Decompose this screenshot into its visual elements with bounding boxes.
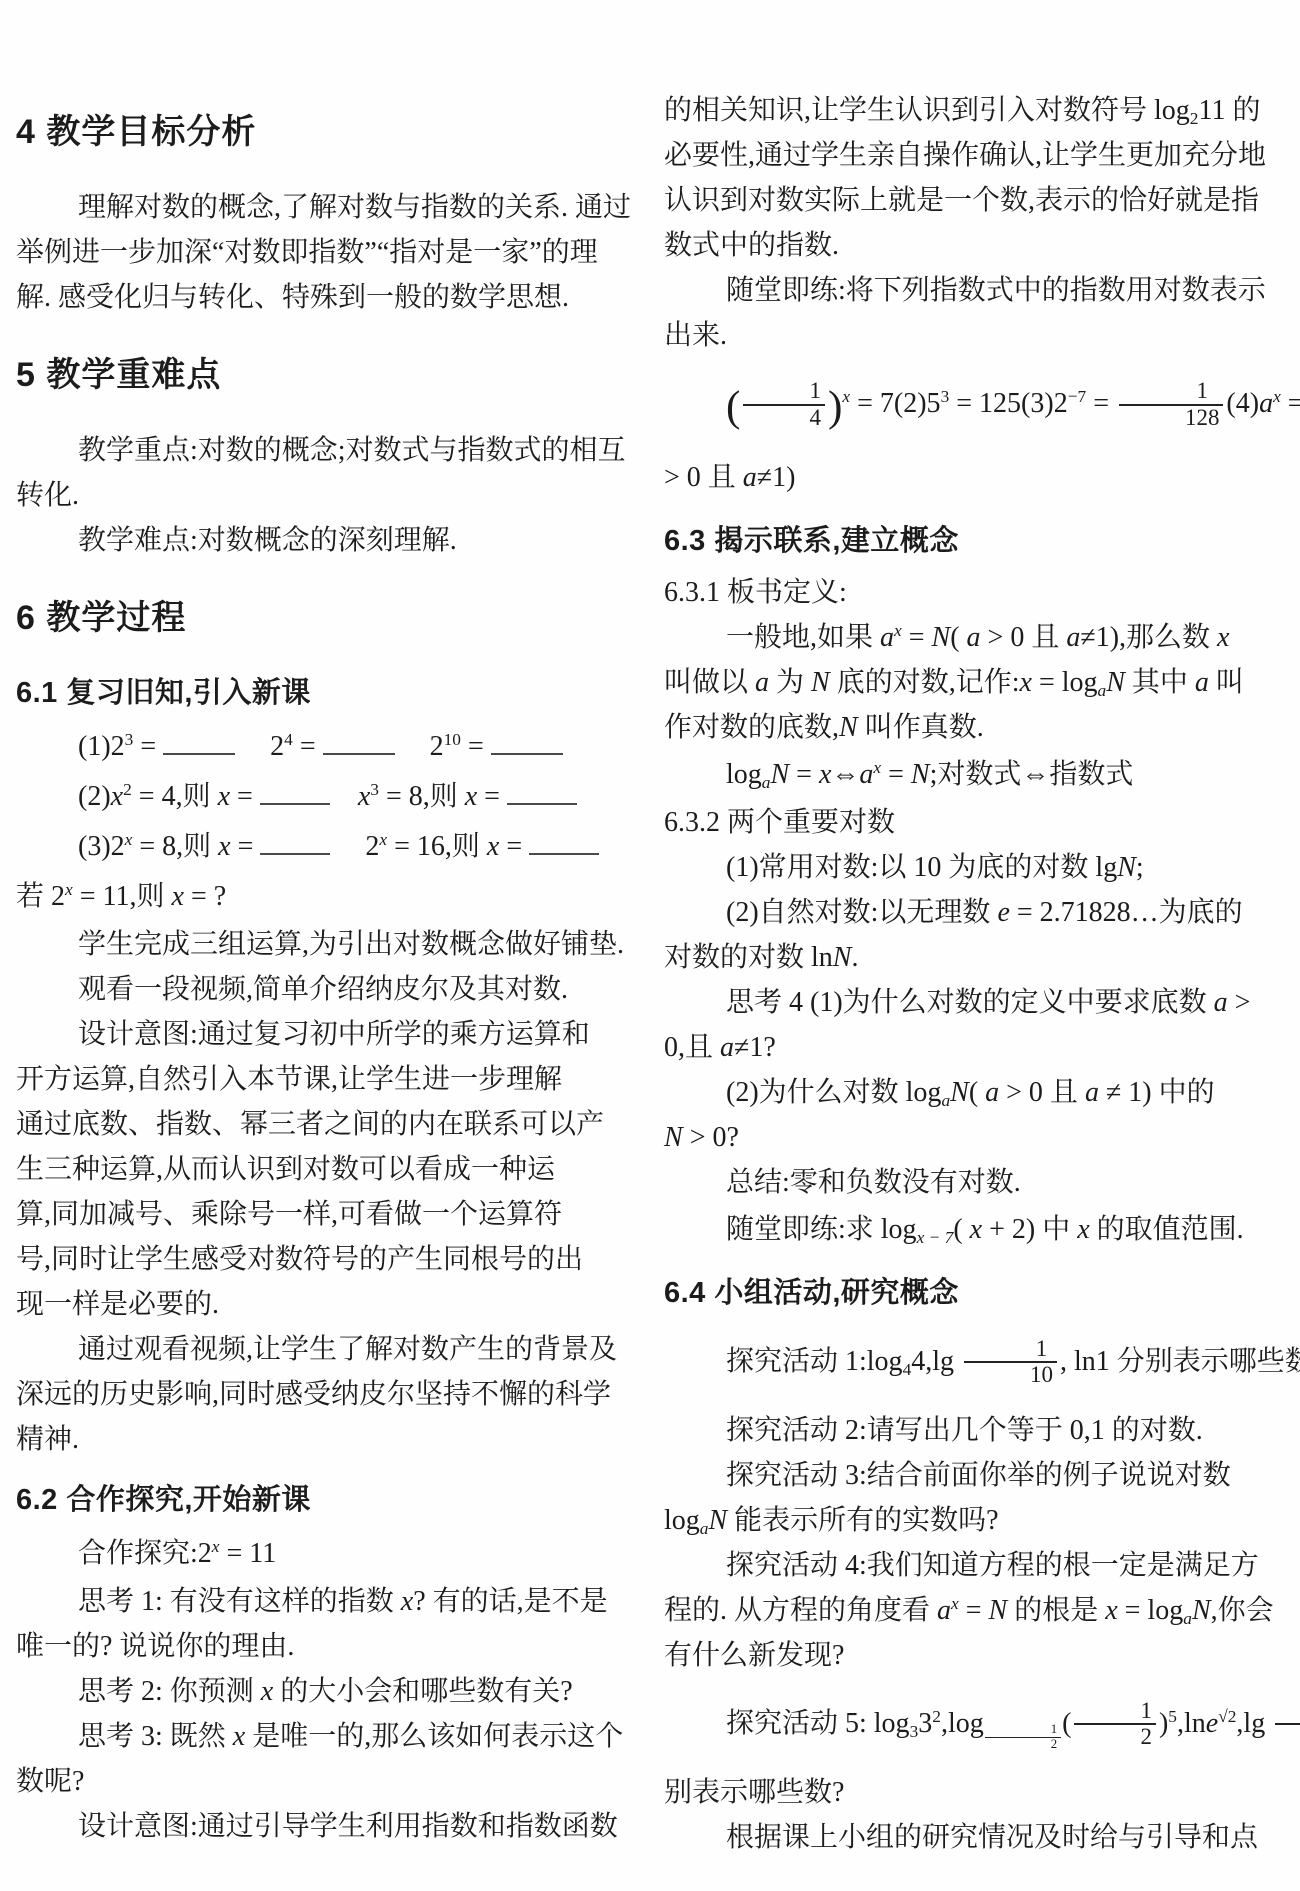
math-variable: N bbox=[811, 667, 830, 698]
subsection-heading: 6.1 复习旧知,引入新课 bbox=[16, 671, 642, 716]
text-line: logaN 能表示所有的实数吗? bbox=[664, 1498, 1292, 1543]
fraction: 1128 bbox=[1119, 379, 1223, 431]
math-variable: e bbox=[1206, 1708, 1218, 1739]
fill-in-blank bbox=[260, 775, 330, 805]
text-line: 思考 3: 既然 x 是唯一的,那么该如何表示这个 bbox=[16, 1714, 642, 1759]
fraction-numerator: 1 bbox=[1074, 1699, 1155, 1724]
text-line: 号,同时让学生感受对数符号的产生同根号的出 bbox=[16, 1237, 642, 1282]
math-variable: a bbox=[1066, 622, 1080, 653]
fraction-numerator: 1 bbox=[1119, 379, 1223, 404]
exponent: x bbox=[212, 1537, 220, 1556]
subscript: x − 7 bbox=[917, 1228, 954, 1247]
math-variable: N bbox=[1192, 1595, 1211, 1626]
fraction-numerator: 1 bbox=[1275, 1699, 1300, 1724]
exponent: x bbox=[125, 830, 133, 849]
math-variable: N bbox=[989, 1595, 1008, 1626]
exponent: 2 bbox=[123, 780, 132, 799]
math-variable: x bbox=[111, 781, 123, 812]
text-line: 深远的历史影响,同时感受纳皮尔坚持不懈的科学 bbox=[16, 1372, 642, 1417]
text-line: 转化. bbox=[16, 473, 642, 518]
math-variable: N bbox=[911, 759, 930, 790]
text-line: 举例进一步加深“对数即指数”“指对是一家”的理 bbox=[16, 230, 642, 275]
math-variable: e bbox=[997, 897, 1009, 928]
text-line: 叫做以 a 为 N 底的对数,记作:x = logaN 其中 a 叫 bbox=[664, 660, 1292, 705]
math-variable: x bbox=[401, 1586, 413, 1617]
math-variable: x bbox=[261, 1676, 273, 1707]
text-line: 别表示哪些数? bbox=[664, 1770, 1292, 1815]
text-line: 思考 1: 有没有这样的指数 x? 有的话,是不是 bbox=[16, 1579, 642, 1624]
fraction: 12 bbox=[985, 1723, 1061, 1752]
math-variable: x bbox=[1217, 622, 1229, 653]
math-variable: a bbox=[720, 1032, 734, 1063]
math-variable: a bbox=[937, 1595, 951, 1626]
big-parenthesis: ) bbox=[828, 383, 842, 431]
exponent: x bbox=[65, 880, 73, 899]
section-heading: 5 教学重难点 bbox=[16, 350, 642, 400]
text-line: 算,同加减号、乘除号一样,可看做一个运算符 bbox=[16, 1192, 642, 1237]
math-variable: a bbox=[1259, 388, 1273, 419]
math-variable: x bbox=[218, 831, 230, 862]
text-line: 通过底数、指数、幂三者之间的内在联系可以产 bbox=[16, 1102, 642, 1147]
fill-in-blank bbox=[491, 725, 563, 755]
text-line: (2)自然对数:以无理数 e = 2.71828…为底的 bbox=[664, 890, 1292, 935]
left-column: 4 教学目标分析理解对数的概念,了解对数与指数的关系. 通过举例进一步加深“对数… bbox=[16, 95, 642, 1849]
text-line: 总结:零和负数没有对数. bbox=[664, 1160, 1292, 1205]
text-line: 根据课上小组的研究情况及时给与引导和点 bbox=[664, 1815, 1292, 1860]
fraction-numerator: 1 bbox=[964, 1337, 1057, 1362]
math-line: (1)23 = 24 = 210 = bbox=[16, 722, 642, 772]
subscript: 3 bbox=[910, 1722, 919, 1741]
text-line: 理解对数的概念,了解对数与指数的关系. 通过 bbox=[16, 185, 642, 230]
fraction-denominator: 4 bbox=[743, 404, 824, 431]
text-line: 探究活动 2:请写出几个等于 0,1 的对数. bbox=[664, 1408, 1292, 1453]
subscript: 2 bbox=[1190, 109, 1199, 128]
math-variable: N bbox=[932, 622, 951, 653]
math-variable: a bbox=[743, 462, 757, 493]
fraction-denominator: 10 bbox=[964, 1361, 1057, 1388]
text-line: 思考 2: 你预测 x 的大小会和哪些数有关? bbox=[16, 1669, 642, 1714]
math-line: 随堂即练:求 logx − 7( x + 2) 中 x 的取值范围. bbox=[664, 1205, 1292, 1255]
math-variable: x bbox=[819, 759, 831, 790]
math-variable: N bbox=[664, 1122, 683, 1153]
math-variable: a bbox=[859, 759, 873, 790]
math-line: 探究活动 1:log44,lg 110, ln1 分别表示哪些数? bbox=[664, 1322, 1292, 1402]
exponent: x bbox=[1273, 387, 1281, 406]
text-line: 数式中的指数. bbox=[664, 223, 1292, 268]
exponent: 3 bbox=[125, 730, 134, 749]
math-line: (2)x2 = 4,则 x = x3 = 8,则 x = bbox=[16, 772, 642, 822]
text-line: 探究活动 4:我们知道方程的根一定是满足方 bbox=[664, 1543, 1292, 1588]
fraction-denominator: 2 bbox=[985, 1737, 1061, 1752]
math-variable: N bbox=[950, 1077, 969, 1108]
fill-in-blank bbox=[529, 825, 599, 855]
subsection-heading: 6.3 揭示联系,建立概念 bbox=[664, 519, 1292, 564]
text-line: 学生完成三组运算,为引出对数概念做好铺垫. bbox=[16, 922, 642, 967]
fill-in-blank bbox=[260, 825, 330, 855]
fraction-numerator: 1 bbox=[985, 1723, 1061, 1737]
text-line: 设计意图:通过复习初中所学的乘方运算和 bbox=[16, 1012, 642, 1057]
subscript: a bbox=[941, 1091, 950, 1110]
exponent: −7 bbox=[1068, 387, 1086, 406]
math-variable: N bbox=[770, 759, 789, 790]
fill-in-blank bbox=[163, 725, 235, 755]
exponent: x bbox=[379, 830, 387, 849]
text-line: 探究活动 3:结合前面你举的例子说说对数 bbox=[664, 1453, 1292, 1498]
subscript: a bbox=[1183, 1609, 1192, 1628]
math-variable: N bbox=[839, 712, 858, 743]
text-line: (1)常用对数:以 10 为底的对数 lgN; bbox=[664, 845, 1292, 890]
fraction-denominator: 128 bbox=[1119, 404, 1223, 431]
math-variable: a bbox=[880, 622, 894, 653]
math-variable: x bbox=[218, 781, 230, 812]
document-page: 4 教学目标分析理解对数的概念,了解对数与指数的关系. 通过举例进一步加深“对数… bbox=[0, 0, 1300, 1891]
fraction-numerator: 1 bbox=[743, 379, 824, 404]
exponent: 2 bbox=[932, 1707, 941, 1726]
text-line: 生三种运算,从而认识到对数可以看成一种运 bbox=[16, 1147, 642, 1192]
exponent: x bbox=[951, 1594, 959, 1613]
math-variable: a bbox=[755, 667, 769, 698]
exponent: 4 bbox=[284, 730, 293, 749]
math-variable: a bbox=[967, 622, 981, 653]
exponent: x bbox=[894, 621, 902, 640]
math-variable: x bbox=[970, 1214, 982, 1245]
subscript: a bbox=[762, 773, 771, 792]
text-line: (2)为什么对数 logaN( a > 0 且 a ≠ 1) 中的 bbox=[664, 1070, 1292, 1115]
math-line: 若 2x = 11,则 x = ? bbox=[16, 872, 642, 922]
subscript: 4 bbox=[903, 1360, 912, 1379]
text-line: 开方运算,自然引入本节课,让学生进一步理解 bbox=[16, 1057, 642, 1102]
math-variable: N bbox=[1106, 667, 1125, 698]
fraction: 1100 bbox=[1275, 1699, 1300, 1751]
text-line: 6.3.2 两个重要对数 bbox=[664, 800, 1292, 845]
text-line: 通过观看视频,让学生了解对数产生的背景及 bbox=[16, 1327, 642, 1372]
math-variable: x bbox=[1105, 1595, 1117, 1626]
fill-in-blank bbox=[323, 725, 395, 755]
text-line: 有什么新发现? bbox=[664, 1633, 1292, 1678]
subsection-heading: 6.2 合作探究,开始新课 bbox=[16, 1478, 642, 1523]
subscript: a bbox=[1098, 681, 1107, 700]
text-line: 现一样是必要的. bbox=[16, 1282, 642, 1327]
math-line: (14)x = 7(2)53 = 125(3)2−7 = 1128(4)ax =… bbox=[664, 364, 1292, 447]
math-variable: a bbox=[985, 1077, 999, 1108]
text-line: 精神. bbox=[16, 1417, 642, 1462]
math-variable: x bbox=[1020, 667, 1032, 698]
math-variable: N bbox=[833, 942, 852, 973]
math-variable: a bbox=[1085, 1077, 1099, 1108]
fraction-denominator: 2 bbox=[1074, 1723, 1155, 1750]
math-variable: a bbox=[1214, 987, 1228, 1018]
text-line: N > 0? bbox=[664, 1115, 1292, 1160]
math-variable: a bbox=[1195, 667, 1209, 698]
text-line: 教学重点:对数的概念;对数式与指数式的相互 bbox=[16, 428, 642, 473]
math-variable: x bbox=[1077, 1214, 1089, 1245]
math-variable: N bbox=[708, 1505, 727, 1536]
fill-in-blank bbox=[507, 775, 577, 805]
exponent: x bbox=[873, 758, 881, 777]
subsection-heading: 6.4 小组活动,研究概念 bbox=[664, 1271, 1292, 1316]
text-line: 的相关知识,让学生认识到引入对数符号 log211 的 bbox=[664, 88, 1292, 133]
math-variable: x bbox=[233, 1721, 245, 1752]
exponent: 10 bbox=[444, 730, 461, 749]
exponent: 5 bbox=[1168, 1707, 1177, 1726]
math-line: logaN = x⇔ax = N;对数式⇔指数式 bbox=[664, 750, 1292, 800]
text-line: 必要性,通过学生亲自操作确认,让学生更加充分地 bbox=[664, 133, 1292, 178]
exponent: x bbox=[842, 387, 850, 406]
fraction: 110 bbox=[964, 1337, 1057, 1389]
text-line: 数呢? bbox=[16, 1759, 642, 1804]
math-line: (3)2x = 8,则 x = 2x = 16,则 x = bbox=[16, 822, 642, 872]
text-line: 认识到对数实际上就是一个数,表示的恰好就是指 bbox=[664, 178, 1292, 223]
text-line: 思考 4 (1)为什么对数的定义中要求底数 a > bbox=[664, 980, 1292, 1025]
math-line: 合作探究:2x = 11 bbox=[16, 1529, 642, 1579]
exponent: 3 bbox=[370, 780, 379, 799]
exponent: √2 bbox=[1218, 1707, 1236, 1726]
fraction-denominator: 100 bbox=[1275, 1723, 1300, 1750]
section-heading: 4 教学目标分析 bbox=[16, 107, 642, 157]
text-line: 出来. bbox=[664, 313, 1292, 358]
text-line: 设计意图:通过引导学生利用指数和指数函数 bbox=[16, 1804, 642, 1849]
subscript: a bbox=[700, 1519, 709, 1538]
math-variable: x bbox=[465, 781, 477, 812]
text-line: 对数的对数 lnN. bbox=[664, 935, 1292, 980]
section-heading: 6 教学过程 bbox=[16, 593, 642, 643]
big-parenthesis: ( bbox=[726, 383, 740, 431]
text-line: 教学难点:对数概念的深刻理解. bbox=[16, 518, 642, 563]
exponent: 3 bbox=[941, 387, 950, 406]
text-line: 唯一的? 说说你的理由. bbox=[16, 1624, 642, 1669]
text-line: 程的. 从方程的角度看 ax = N 的根是 x = logaN,你会 bbox=[664, 1588, 1292, 1633]
math-line: 探究活动 5: log332,log12(12)5,lne√2,lg 1100分 bbox=[664, 1684, 1292, 1764]
text-line: 一般地,如果 ax = N( a > 0 且 a≠1),那么数 x bbox=[664, 615, 1292, 660]
right-column: 的相关知识,让学生认识到引入对数符号 log211 的必要性,通过学生亲自操作确… bbox=[664, 88, 1292, 1860]
math-variable: N bbox=[1117, 852, 1136, 883]
text-line: 解. 感受化归与转化、特殊到一般的数学思想. bbox=[16, 275, 642, 320]
math-variable: x bbox=[172, 881, 184, 912]
fraction: 12 bbox=[1074, 1699, 1155, 1751]
math-variable: x bbox=[358, 781, 370, 812]
text-line: 观看一段视频,简单介绍纳皮尔及其对数. bbox=[16, 967, 642, 1012]
fraction: 14 bbox=[743, 379, 824, 431]
text-line: 随堂即练:将下列指数式中的指数用对数表示 bbox=[664, 268, 1292, 313]
math-line: > 0 且 a≠1) bbox=[664, 453, 1292, 503]
math-variable: x bbox=[487, 831, 499, 862]
text-line: 0,且 a≠1? bbox=[664, 1025, 1292, 1070]
text-line: 作对数的底数,N 叫作真数. bbox=[664, 705, 1292, 750]
text-line: 6.3.1 板书定义: bbox=[664, 570, 1292, 615]
